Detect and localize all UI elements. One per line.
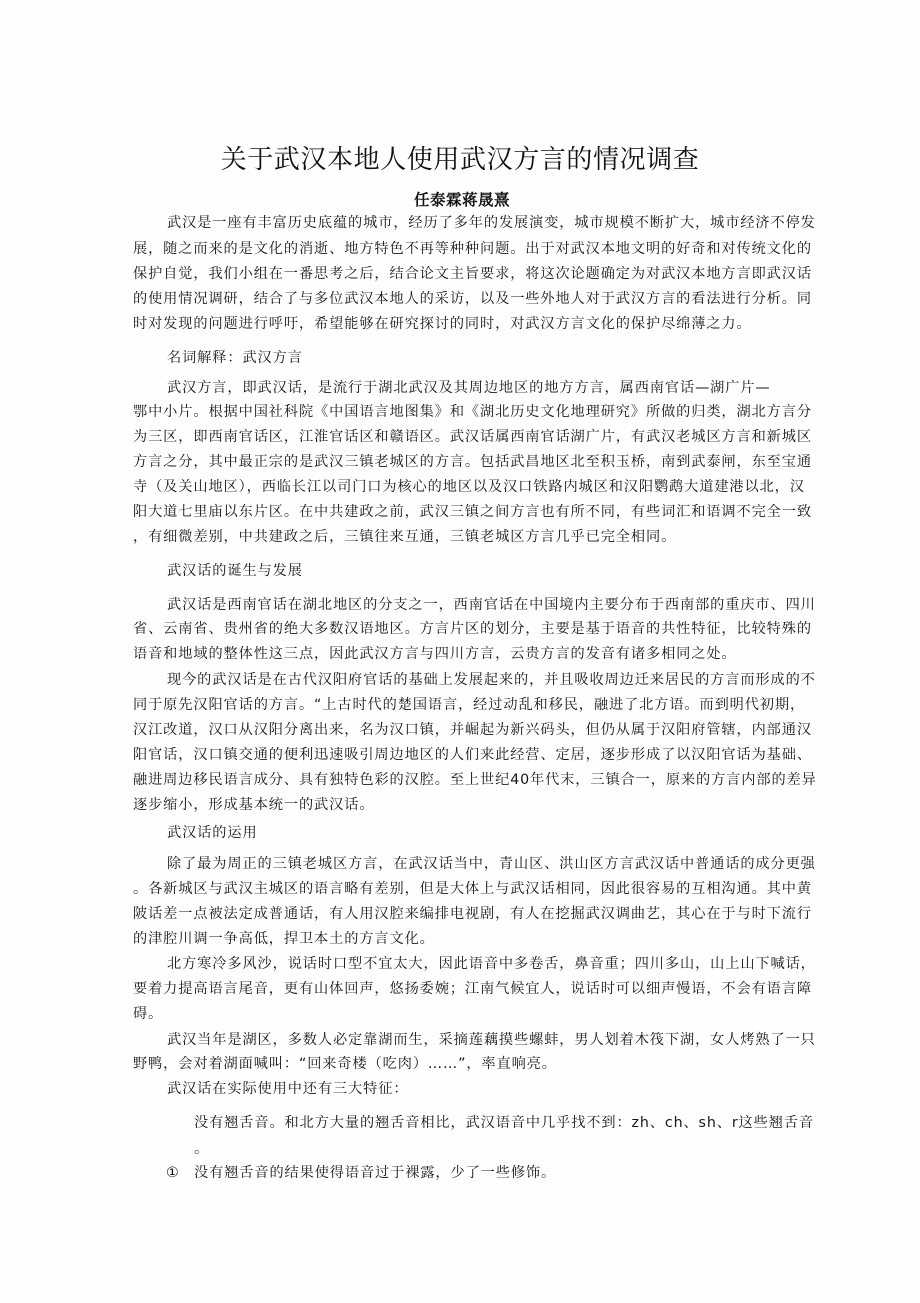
text-line: 武汉方言，即武汉话，是流行于湖北武汉及其周边地区的地方方言，属西南官话—湖广片—	[167, 377, 771, 399]
text-line: 时对发现的问题进行呼吁，希望能够在研究探讨的同时，对武汉方言文化的保护尽绵薄之力…	[133, 313, 752, 335]
text-line: 阳大道七里庙以东片区。在中共建政之前，武汉三镇之间方言也有所不同，有些词汇和语调…	[133, 501, 812, 523]
text-line: 的使用情况调研，结合了与多位武汉本地人的采访，以及一些外地人对于武汉方言的看法进…	[133, 288, 812, 310]
text-line: 融进周边移民语言成分、具有独特色彩的汉腔。至上世纪40年代末，三镇合一，原来的方…	[133, 769, 817, 791]
document-title: 关于武汉本地人使用武汉方言的情况调查	[0, 142, 920, 178]
text-line: 省、云南省、贵州省的绝大多数汉语地区。方言片区的划分，主要是基于语音的共性特征，…	[133, 618, 812, 640]
text-line: 陂话差一点被法定成普通话，有人用汉腔来编排电视剧，有人在挖掘武汉调曲艺，其心在于…	[133, 903, 812, 925]
text-line: 方言之分，其中最正宗的是武汉三镇老城区的方言。包括武昌地区北至积玉桥，南到武泰闸…	[133, 451, 812, 473]
section-heading: 武汉话的运用	[167, 822, 258, 844]
text-line: 为三区，即西南官话区，江淮官话区和赣语区。武汉话属西南官话湖广片，有武汉老城区方…	[133, 426, 812, 448]
text-line: 阳官话，汉口镇交通的便利迅速吸引周边地区的人们来此经营、定居，逐步形成了以汉阳官…	[133, 744, 812, 766]
text-line: 碍。	[133, 1003, 163, 1025]
text-line: 。各新城区与武汉主城区的语言略有差别，但是大体上与武汉话相同，因此很容易的互相沟…	[133, 878, 812, 900]
text-line: 逐步缩小，形成基本统一的武汉话。	[133, 794, 374, 816]
text-line: 的津腔川调一争高低，捍卫本土的方言文化。	[133, 928, 435, 950]
list-marker: ①	[166, 1162, 179, 1184]
text-line: 北方寒冷多风沙，说话时口型不宜太大，因此语音中多卷舌，鼻音重；四川多山，山上山下…	[167, 953, 816, 975]
text-line: 保护自觉，我们小组在一番思考之后，结合论文主旨要求，将这次论题确定为对武汉本地方…	[133, 263, 812, 285]
text-line: 武汉话在实际使用中还有三大特征：	[167, 1078, 408, 1100]
text-line: 要着力提高语言尾音，更有山体回声，悠扬委婉；江南气候宜人，说话时可以细声慢语，不…	[133, 978, 812, 1000]
section-heading: 名词解释：武汉方言	[167, 347, 303, 369]
text-line: ，有细微差别，中共建政之后，三镇往来互通，三镇老城区方言几乎已完全相同。	[133, 526, 676, 548]
text-line: 鄂中小片。根据中国社科院《中国语言地图集》和《湖北历史文化地理研究》所做的归类，…	[133, 401, 812, 423]
text-line: 野鸭，会对着湖面喊叫：“回来奇楼（吃肉）……”，率直响亮。	[133, 1053, 557, 1075]
text-line: 没有翘舌音的结果使得语音过于裸露，少了一些修饰。	[194, 1162, 556, 1184]
text-line: 展，随之而来的是文化的消逝、地方特色不再等种种问题。出于对武汉本地文明的好奇和对…	[133, 238, 812, 260]
section-heading: 武汉话的诞生与发展	[167, 560, 303, 582]
text-line: 。	[194, 1138, 209, 1160]
text-line: 武汉是一座有丰富历史底蕴的城市，经历了多年的发展演变，城市规模不断扩大，城市经济…	[167, 212, 816, 234]
text-line: 武汉话是西南官话在湖北地区的分支之一，西南官话在中国境内主要分布于西南部的重庆市…	[167, 594, 816, 616]
text-line: 语音和地域的整体性这三点，因此武汉方言与四川方言，云贵方言的发音有诸多相同之处。	[133, 643, 737, 665]
text-line: 没有翘舌音。和北方大量的翘舌音相比，武汉语音中几乎找不到：zh、ch、sh、r这…	[194, 1112, 814, 1134]
text-line: 同于原先汉阳官话的方言。“上古时代的楚国语言，经过动乱和移民，融进了北方语。而到…	[133, 694, 805, 716]
text-line: 武汉当年是湖区，多数人必定靠湖而生，采摘莲藕摸些螺蚌，男人划着木筏下湖，女人烤熟…	[167, 1029, 816, 1051]
document-authors: 任泰霖蒋晟熹	[0, 188, 920, 212]
text-line: 现今的武汉话是在古代汉阳府官话的基础上发展起来的，并且吸收周边迁来居民的方言而形…	[167, 669, 816, 691]
text-line: 除了最为周正的三镇老城区方言，在武汉话当中，青山区、洪山区方言武汉话中普通话的成…	[167, 853, 816, 875]
text-line: 汉江改道，汉口从汉阳分离出来，名为汉口镇，并崛起为新兴码头，但仍从属于汉阳府管辖…	[133, 719, 812, 741]
text-line: 寺（及关山地区），西临长江以司门口为核心的地区以及汉口铁路内城区和汉阳鹦鹉大道建…	[133, 476, 805, 498]
document-page: 关于武汉本地人使用武汉方言的情况调查 任泰霖蒋晟熹 武汉是一座有丰富历史底蕴的城…	[0, 0, 920, 1303]
